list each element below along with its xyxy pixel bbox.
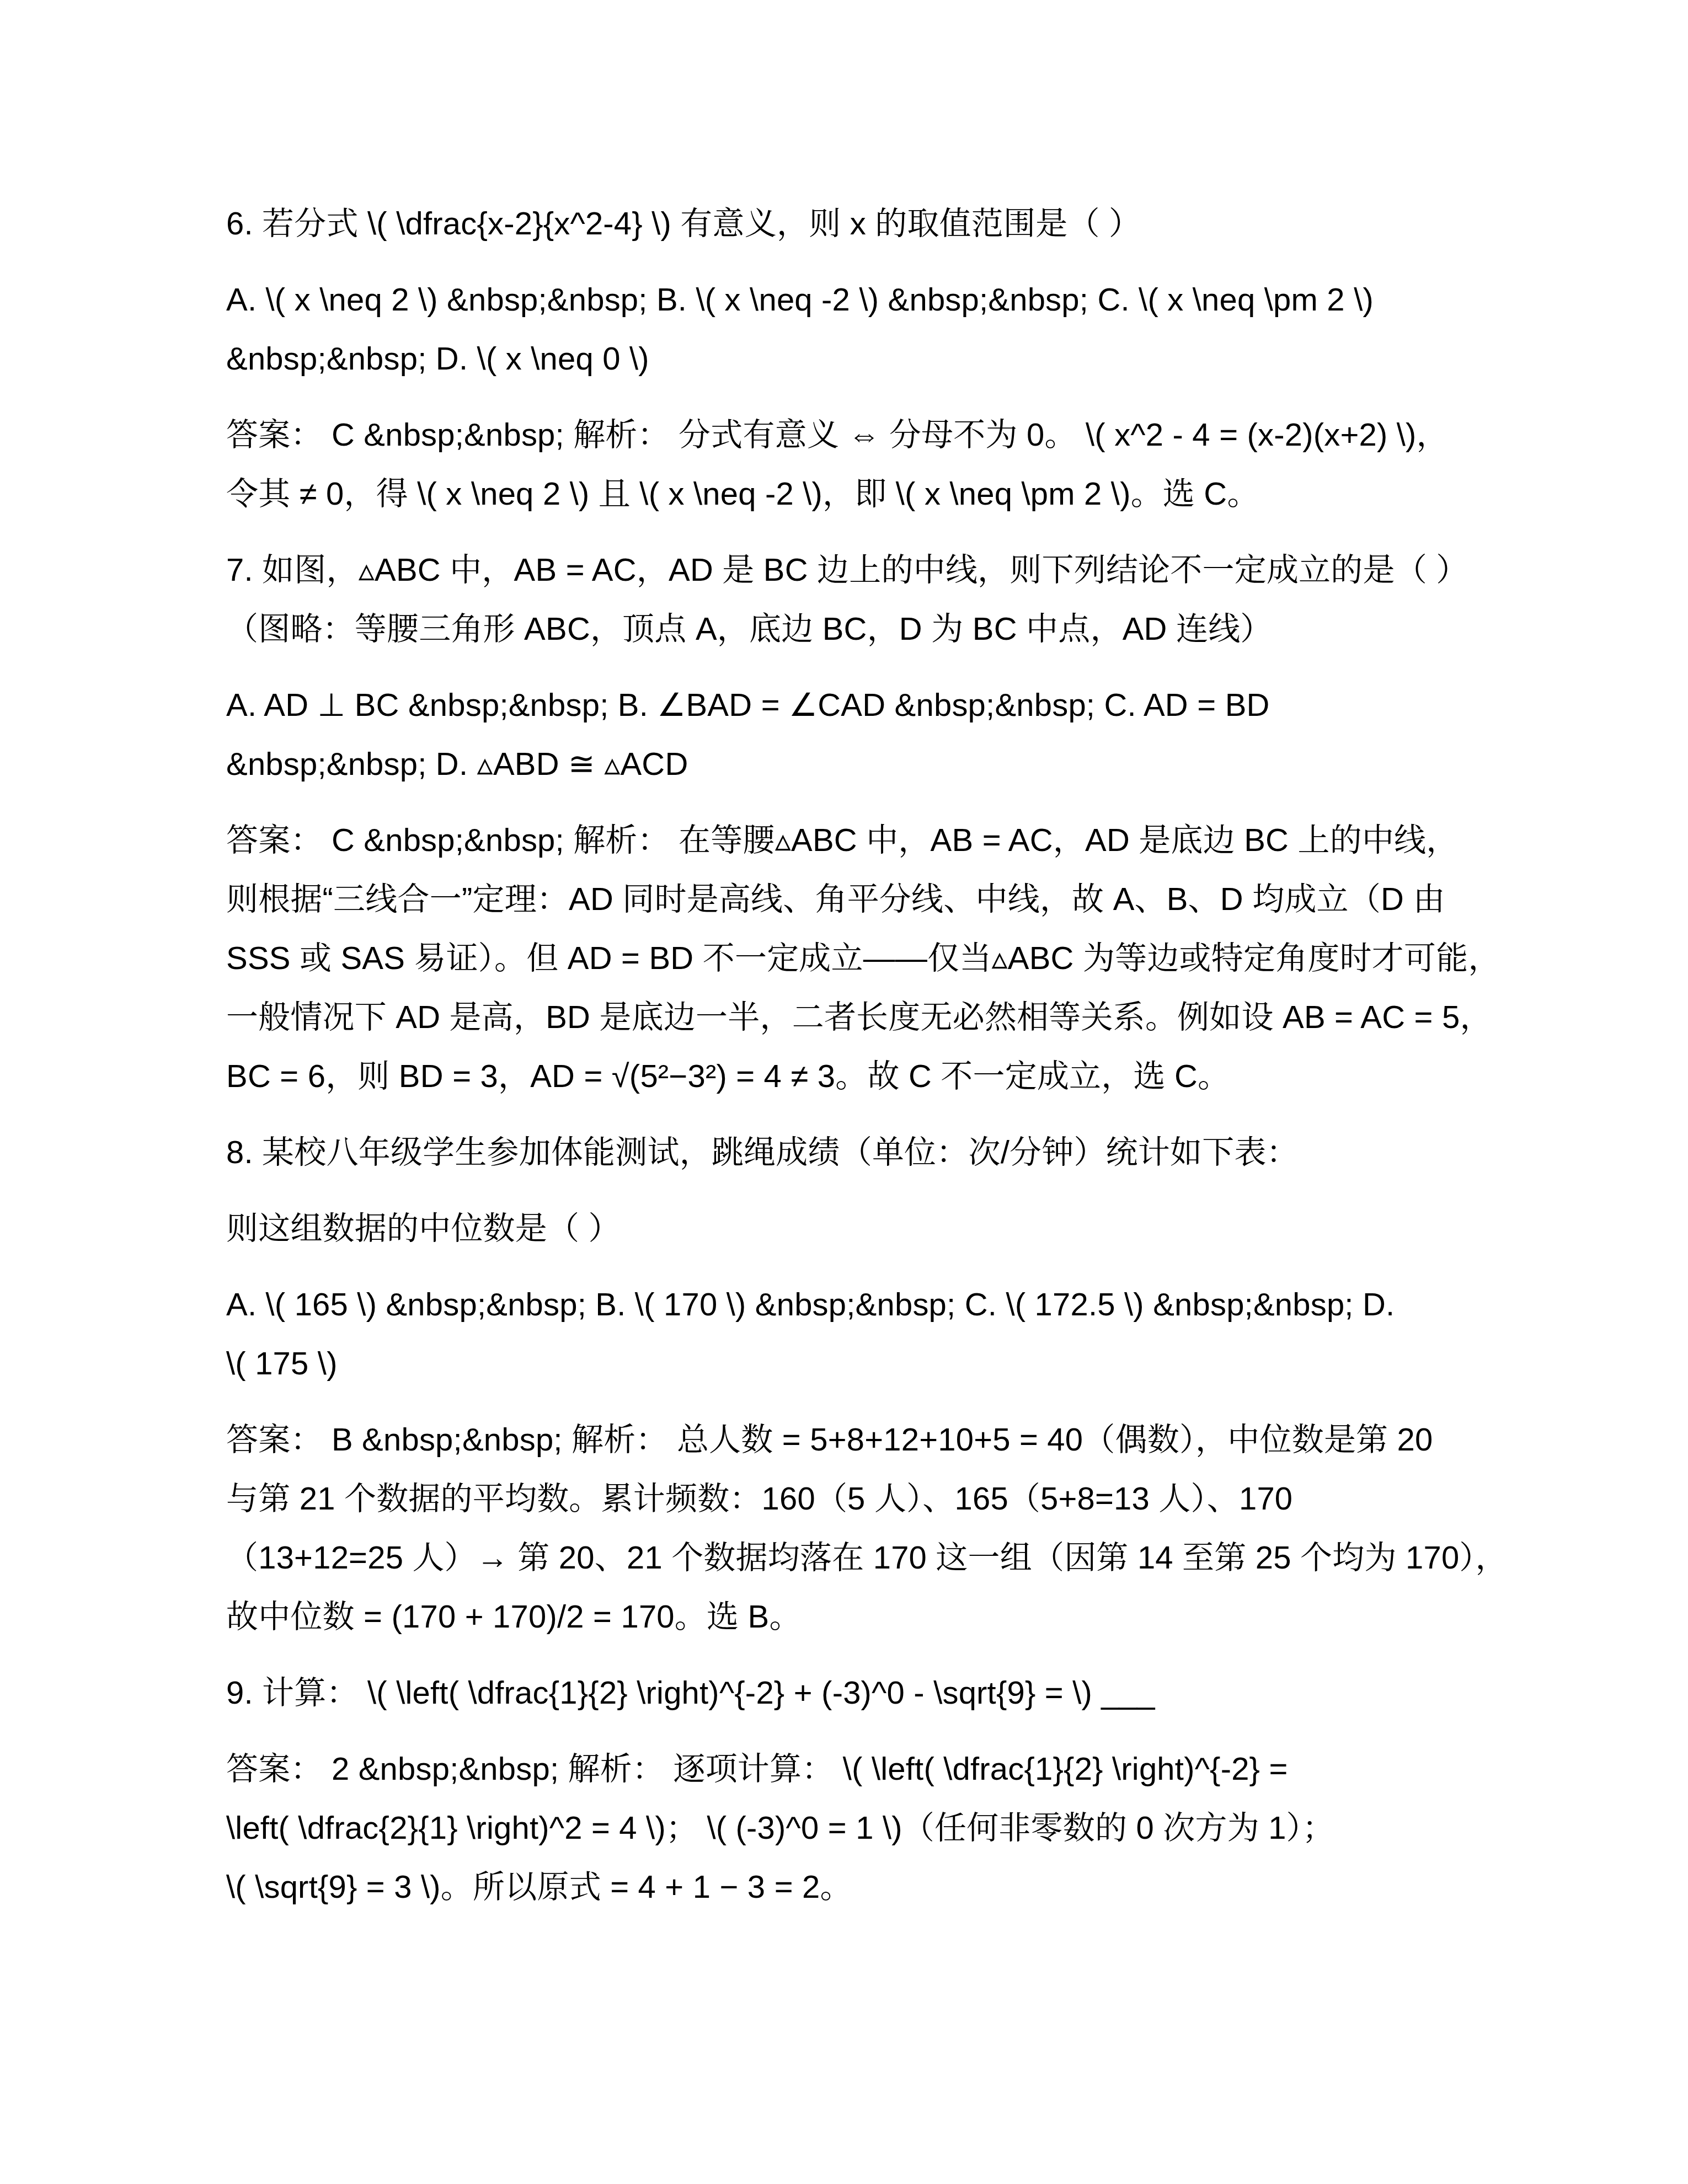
text-line: SSS 或 SAS 易证）。但 AD = BD 不一定成立——仅当▵ABC 为等… xyxy=(226,929,1467,988)
text-line: &nbsp;&nbsp; D. ▵ABD ≅ ▵ACD xyxy=(226,735,1467,794)
text-line: 故中位数 = (170 + 170)/2 = 170。选 B。 xyxy=(226,1587,1467,1646)
q9-answer: 答案： 2 &nbsp;&nbsp; 解析： 逐项计算： \( \left( \… xyxy=(226,1739,1467,1917)
text-line: BC = 6，则 BD = 3，AD = √(5²−3²) = 4 ≠ 3。故 … xyxy=(226,1047,1467,1106)
q8-question-continued: 则这组数据的中位数是（ ） xyxy=(226,1199,1467,1258)
q6-answer: 答案： C &nbsp;&nbsp; 解析： 分式有意义 ⇔ 分母不为 0。 \… xyxy=(226,405,1467,523)
text-line: 答案： 2 &nbsp;&nbsp; 解析： 逐项计算： \( \left( \… xyxy=(226,1739,1467,1798)
text-line: 则这组数据的中位数是（ ） xyxy=(226,1199,1467,1258)
text-line: 与第 21 个数据的平均数。累计频数：160（5 人）、165（5+8=13 人… xyxy=(226,1469,1467,1528)
text-line: \( 175 \) xyxy=(226,1334,1467,1393)
text-line: （13+12=25 人）→ 第 20、21 个数据均落在 170 这一组（因第 … xyxy=(226,1528,1467,1587)
document-page: 6. 若分式 \( \dfrac{x-2}{x^2-4} \) 有意义，则 x … xyxy=(0,0,1688,2184)
text-line: 令其 ≠ 0，得 \( x \neq 2 \) 且 \( x \neq -2 \… xyxy=(226,464,1467,523)
text-line: （图略：等腰三角形 ABC，顶点 A，底边 BC，D 为 BC 中点，AD 连线… xyxy=(226,599,1467,659)
text-line: \( \sqrt{9} = 3 \)。所以原式 = 4 + 1 − 3 = 2。 xyxy=(226,1858,1467,1917)
q8-question: 8. 某校八年级学生参加体能测试，跳绳成绩（单位：次/分钟）统计如下表： xyxy=(226,1123,1467,1182)
document-content: 6. 若分式 \( \dfrac{x-2}{x^2-4} \) 有意义，则 x … xyxy=(0,0,1688,1917)
q6-question: 6. 若分式 \( \dfrac{x-2}{x^2-4} \) 有意义，则 x … xyxy=(226,194,1467,253)
q7-answer: 答案： C &nbsp;&nbsp; 解析： 在等腰▵ABC 中，AB = AC… xyxy=(226,811,1467,1106)
text-line: A. \( 165 \) &nbsp;&nbsp; B. \( 170 \) &… xyxy=(226,1275,1467,1334)
q8-answer: 答案： B &nbsp;&nbsp; 解析： 总人数 = 5+8+12+10+5… xyxy=(226,1410,1467,1646)
text-line: 8. 某校八年级学生参加体能测试，跳绳成绩（单位：次/分钟）统计如下表： xyxy=(226,1123,1467,1182)
text-line: 答案： C &nbsp;&nbsp; 解析： 分式有意义 ⇔ 分母不为 0。 \… xyxy=(226,405,1467,464)
text-line: A. \( x \neq 2 \) &nbsp;&nbsp; B. \( x \… xyxy=(226,270,1467,329)
text-line: 9. 计算： \( \left( \dfrac{1}{2} \right)^{-… xyxy=(226,1663,1467,1722)
text-line: 答案： B &nbsp;&nbsp; 解析： 总人数 = 5+8+12+10+5… xyxy=(226,1410,1467,1469)
q7-question: 7. 如图，▵ABC 中，AB = AC，AD 是 BC 边上的中线，则下列结论… xyxy=(226,540,1467,659)
text-line: 6. 若分式 \( \dfrac{x-2}{x^2-4} \) 有意义，则 x … xyxy=(226,194,1467,253)
text-line: &nbsp;&nbsp; D. \( x \neq 0 \) xyxy=(226,329,1467,388)
q7-options: A. AD ⊥ BC &nbsp;&nbsp; B. ∠BAD = ∠CAD &… xyxy=(226,676,1467,794)
q8-options: A. \( 165 \) &nbsp;&nbsp; B. \( 170 \) &… xyxy=(226,1275,1467,1393)
q6-options: A. \( x \neq 2 \) &nbsp;&nbsp; B. \( x \… xyxy=(226,270,1467,388)
text-line: 7. 如图，▵ABC 中，AB = AC，AD 是 BC 边上的中线，则下列结论… xyxy=(226,540,1467,599)
text-line: 答案： C &nbsp;&nbsp; 解析： 在等腰▵ABC 中，AB = AC… xyxy=(226,811,1467,870)
text-line: A. AD ⊥ BC &nbsp;&nbsp; B. ∠BAD = ∠CAD &… xyxy=(226,676,1467,735)
q9-question: 9. 计算： \( \left( \dfrac{1}{2} \right)^{-… xyxy=(226,1663,1467,1722)
text-line: 一般情况下 AD 是高，BD 是底边一半，二者长度无必然相等关系。例如设 AB … xyxy=(226,988,1467,1047)
text-line: 则根据“三线合一”定理：AD 同时是高线、角平分线、中线，故 A、B、D 均成立… xyxy=(226,870,1467,929)
text-line: \left( \dfrac{2}{1} \right)^2 = 4 \)； \(… xyxy=(226,1798,1467,1858)
